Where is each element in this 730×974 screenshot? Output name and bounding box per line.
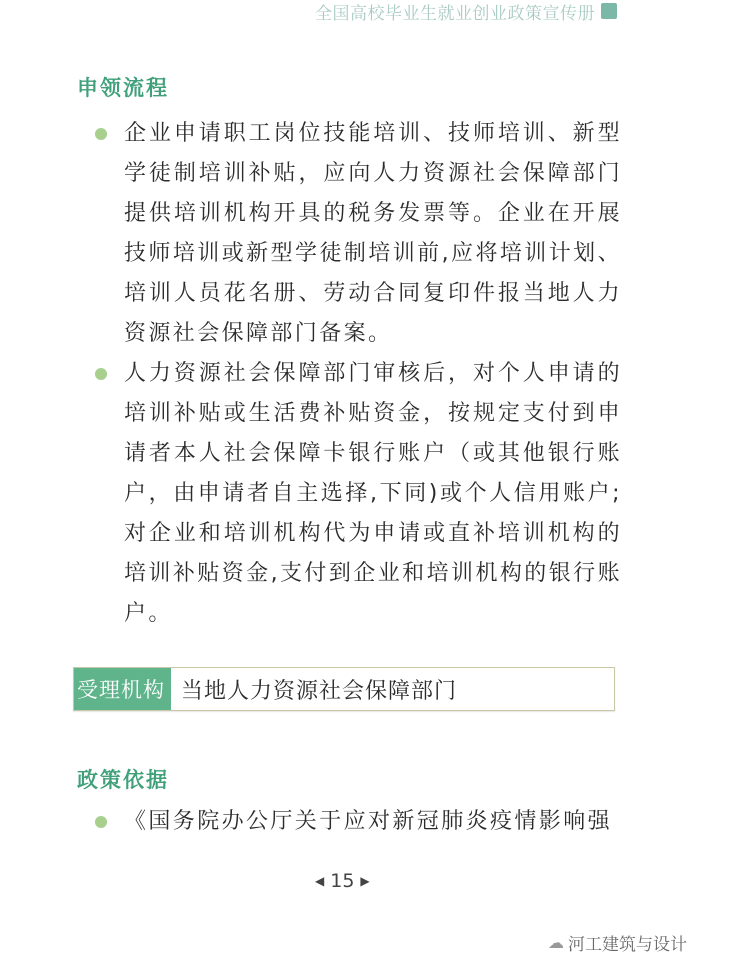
list-item-text: 《国务院办公厅关于应对新冠肺炎疫情影响强	[124, 809, 612, 834]
prev-page-icon[interactable]: ◀	[315, 874, 324, 888]
list-item: 企业申请职工岗位技能培训、技师培训、新型学徒制培训补贴，应向人力资源社会保障部门…	[92, 114, 622, 354]
wechat-logo-icon: ☁	[548, 933, 564, 952]
tab-marker-icon	[601, 3, 617, 19]
page-navigation: ◀ 15 ▶	[315, 870, 370, 892]
section-heading-process: 申领流程	[77, 72, 169, 102]
agency-box: 受理机构 当地人力资源社会保障部门	[73, 667, 615, 711]
basis-list: 《国务院办公厅关于应对新冠肺炎疫情影响强	[92, 802, 622, 842]
bullet-icon	[95, 816, 107, 828]
running-head: 全国高校毕业生就业创业政策宣传册	[315, 0, 617, 22]
running-head-title: 全国高校毕业生就业创业政策宣传册	[315, 0, 595, 24]
bullet-icon	[95, 368, 107, 380]
list-item: 人力资源社会保障部门审核后，对个人申请的培训补贴或生活费补贴资金，按规定支付到申…	[92, 354, 622, 634]
agency-value: 当地人力资源社会保障部门	[171, 668, 457, 710]
list-item-text: 企业申请职工岗位技能培训、技师培训、新型学徒制培训补贴，应向人力资源社会保障部门…	[124, 121, 622, 346]
next-page-icon[interactable]: ▶	[360, 874, 369, 888]
page-number: 15	[330, 870, 354, 892]
watermark-text: 河工建筑与设计	[568, 930, 687, 955]
section-heading-basis: 政策依据	[77, 764, 169, 794]
list-item: 《国务院办公厅关于应对新冠肺炎疫情影响强	[92, 802, 622, 842]
agency-label: 受理机构	[74, 668, 171, 710]
list-item-text: 人力资源社会保障部门审核后，对个人申请的培训补贴或生活费补贴资金，按规定支付到申…	[124, 361, 622, 626]
process-list: 企业申请职工岗位技能培训、技师培训、新型学徒制培训补贴，应向人力资源社会保障部门…	[92, 114, 622, 634]
bullet-icon	[95, 128, 107, 140]
watermark: ☁ 河工建筑与设计	[548, 930, 687, 955]
